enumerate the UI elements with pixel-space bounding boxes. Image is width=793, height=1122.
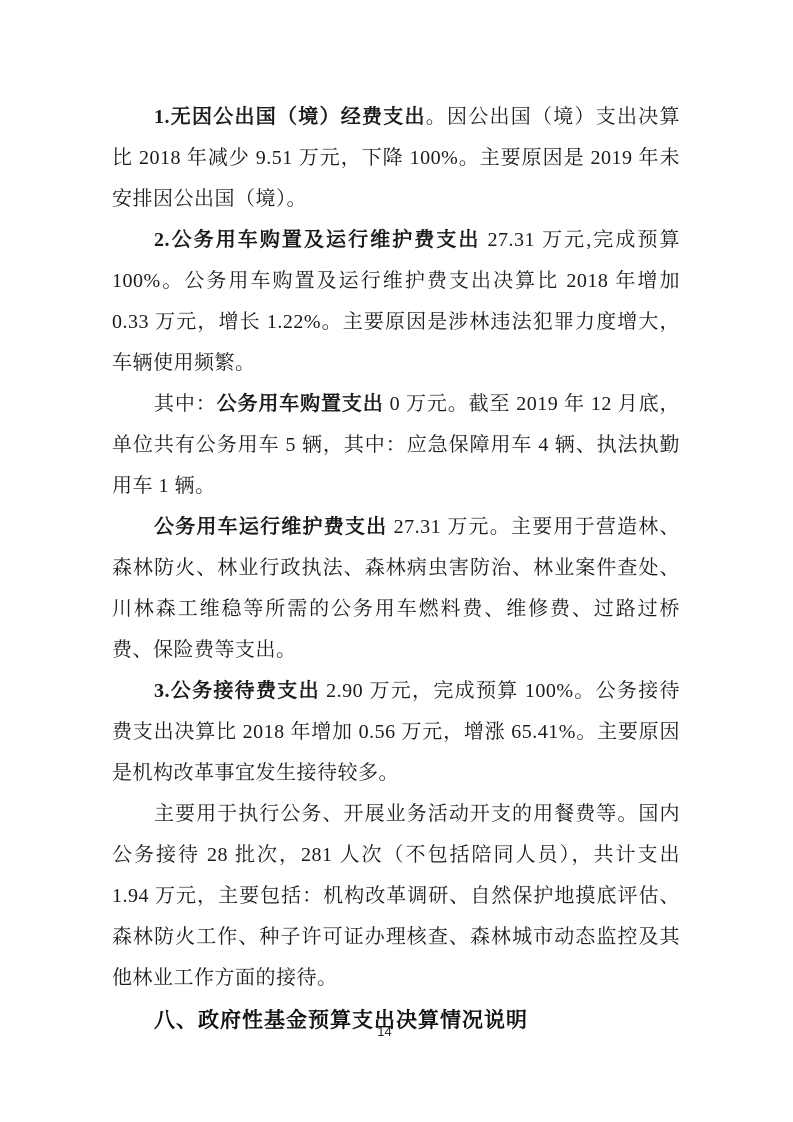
para-6-reception-detail: 主要用于执行公务、开展业务活动开支的用餐费等。国内公务接待 28 批次，281 … <box>112 794 680 999</box>
text-run: 主要用于执行公务、开展业务活动开支的用餐费等。国内公务接待 28 批次，281 … <box>112 803 680 989</box>
page-number: 14 <box>112 1024 657 1039</box>
bold-text-run: 2.公务用车购置及运行维护费支出 <box>154 229 480 251</box>
document-page: 1.无因公出国（境）经费支出。因公出国（境）支出决算比 2018 年减少 9.5… <box>0 0 793 1122</box>
document-content: 1.无因公出国（境）经费支出。因公出国（境）支出决算比 2018 年减少 9.5… <box>112 97 680 1043</box>
para-1-abroad-expense: 1.无因公出国（境）经费支出。因公出国（境）支出决算比 2018 年减少 9.5… <box>112 97 680 220</box>
bold-text-run: 公务用车购置支出 <box>217 393 384 415</box>
para-2-vehicle-purchase-and-maintenance: 2.公务用车购置及运行维护费支出 27.31 万元,完成预算 100%。公务用车… <box>112 220 680 384</box>
bold-text-run: 公务用车运行维护费支出 <box>154 516 387 538</box>
bold-text-run: 3.公务接待费支出 <box>154 680 320 702</box>
para-5-official-reception: 3.公务接待费支出 2.90 万元，完成预算 100%。公务接待费支出决算比 2… <box>112 671 680 794</box>
para-4-vehicle-maintenance: 公务用车运行维护费支出 27.31 万元。主要用于营造林、森林防火、林业行政执法… <box>112 507 680 671</box>
document-body: 1.无因公出国（境）经费支出。因公出国（境）支出决算比 2018 年减少 9.5… <box>112 97 680 999</box>
bold-text-run: 1.无因公出国（境）经费支出 <box>154 106 426 128</box>
text-run: 其中： <box>154 393 217 415</box>
para-3-vehicle-purchase: 其中：公务用车购置支出 0 万元。截至 2019 年 12 月底，单位共有公务用… <box>112 384 680 507</box>
